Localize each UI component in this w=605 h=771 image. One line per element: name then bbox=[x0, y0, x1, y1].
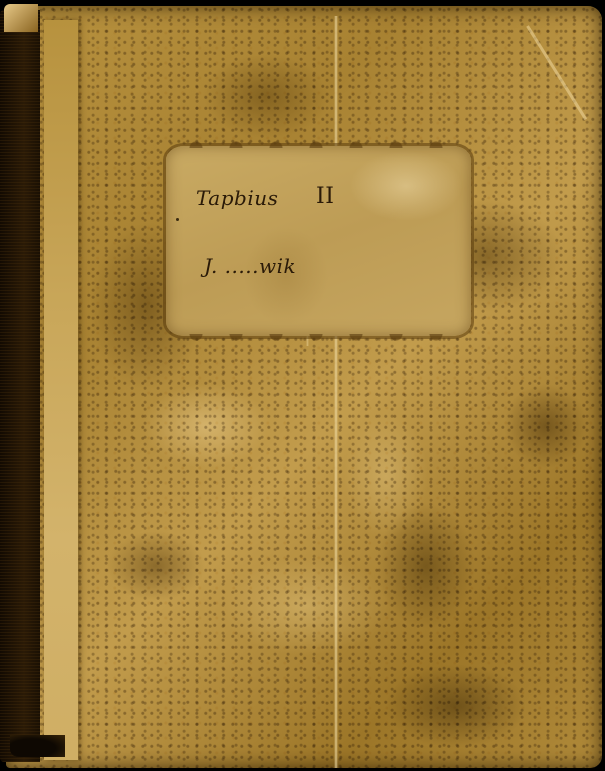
cover-label: Tapbius II J. .....wik bbox=[166, 146, 471, 336]
label-volume-numeral: II bbox=[316, 184, 334, 209]
notebook-cover: Tapbius II J. .....wik bbox=[6, 6, 602, 768]
cover-texture bbox=[6, 6, 602, 768]
cloth-spine bbox=[0, 10, 40, 762]
vertical-crease bbox=[334, 16, 338, 768]
binding-strip bbox=[44, 20, 78, 760]
spine-corner-top bbox=[4, 4, 38, 32]
spine-corner-bottom bbox=[10, 735, 65, 757]
label-title: Tapbius bbox=[196, 186, 278, 210]
label-author: J. .....wik bbox=[204, 254, 296, 278]
ink-dot bbox=[176, 218, 179, 221]
